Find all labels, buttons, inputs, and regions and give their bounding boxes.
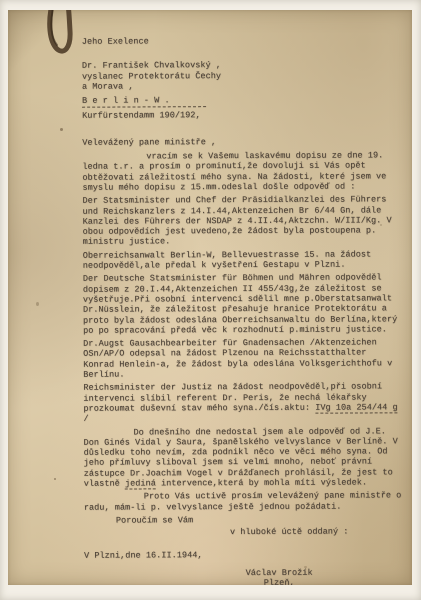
signature-block: Václav Brožík Plzeň, Radeckého nám.27. [214,567,344,585]
paragraph-6: Reichsminister der Justiz na žádost neod… [83,382,402,425]
paper-speck [60,128,63,131]
paragraph-6-end: / [83,414,88,424]
valediction: v hluboké úctě oddaný : [230,526,403,537]
salutation: Velevážený pane ministře , [82,136,401,148]
letter-paper: Jeho Exelence Dr. František Chvalkovský … [8,10,412,585]
letter-body: Jeho Exelence Dr. František Chvalkovský … [82,35,403,585]
paragraph-2: Der Statsminister und Chef der Präsidial… [82,195,401,248]
emphasized-word: jediná [125,478,156,490]
recipient-street: Kurfürstendamm 190/192, [82,110,401,122]
paragraph-8: Proto Vás uctivě prosím velevážený pane … [84,491,403,513]
closing-formula: Poroučím se Vám [116,514,403,526]
paragraph-3: Oberreichsanwalt Berlin-W, Bellevuestras… [83,249,402,271]
paragraph-4: Der Deutsche Statsminister für Böhmen un… [83,273,402,336]
paper-speck [54,478,56,480]
paperclip-mark [42,10,86,58]
honorific: Jeho Exelence [82,35,401,47]
signature-city: Plzeň, [214,578,344,585]
paragraph-1: vracím se k Vašemu laskavému dopisu ze d… [82,150,401,193]
paragraph-7-end: intervence,která by mohla míti výsledek. [156,477,367,488]
photo-frame: Jeho Exelence Dr. František Chvalkovský … [0,0,421,600]
dateline: V Plzni,dne 16.II.1944, [84,550,403,562]
file-reference: IVg 10a 254/44 g [315,402,397,414]
paragraph-5: Dr.Augst Gausachbearbeiter für Gnadensac… [83,337,402,380]
recipient-city: B e r l i n - W . [82,95,206,108]
paragraph-7: Do dnešního dne nedostal jsem ale odpově… [83,426,402,489]
paper-speck [36,302,39,306]
signature-name: Václav Brožík [214,567,344,578]
